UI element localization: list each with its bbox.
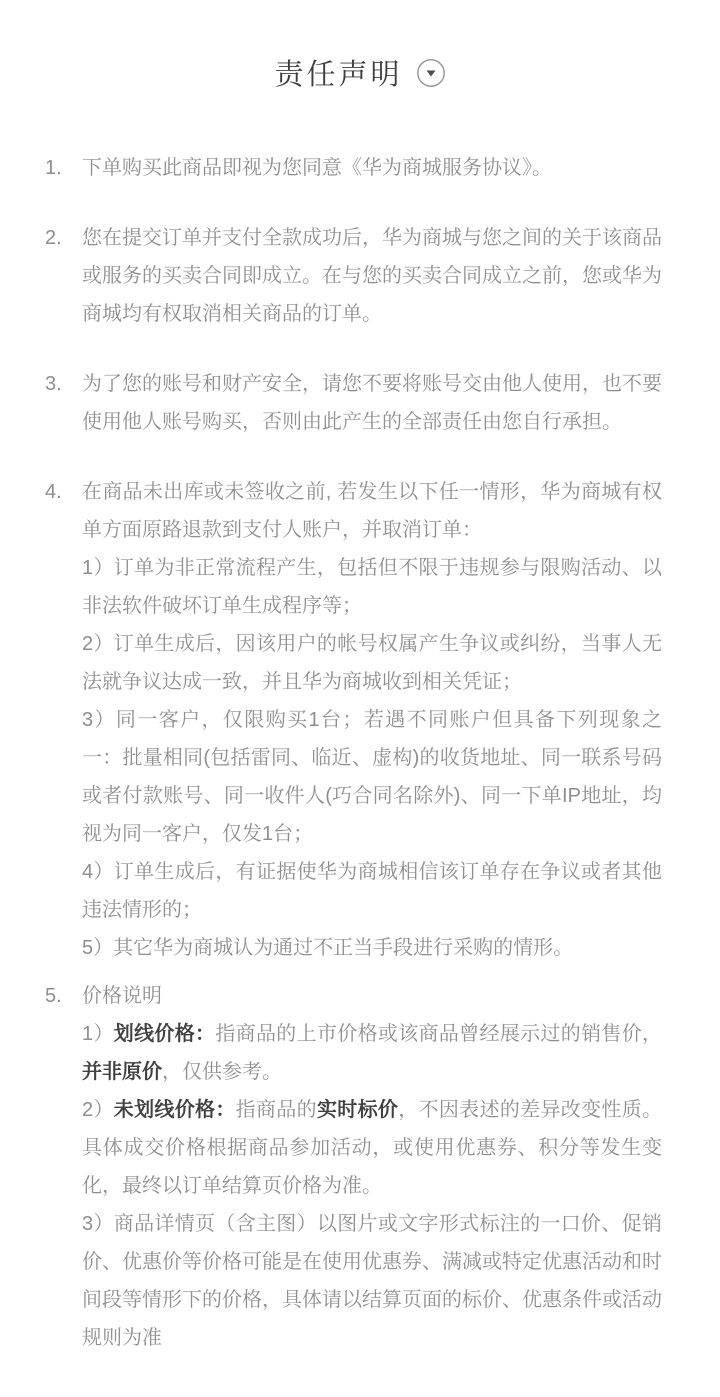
item-paragraph: 1）订单为非正常流程产生，包括但不限于违规参与限购活动、以非法软件破坏订单生成程…	[82, 549, 662, 625]
list-item: 3.为了您的账号和财产安全，请您不要将账号交由他人使用，也不要使用他人账号购买，…	[45, 365, 662, 441]
text-segment: 3）同一客户，仅限购买1台；若遇不同账户但具备下列现象之一：批量相同(包括雷同、…	[82, 709, 662, 845]
item-number: 1.	[45, 149, 82, 187]
text-segment: 1）订单为非正常流程产生，包括但不限于违规参与限购活动、以非法软件破坏订单生成程…	[82, 557, 662, 617]
item-paragraph: 3）同一客户，仅限购买1台；若遇不同账户但具备下列现象之一：批量相同(包括雷同、…	[82, 701, 662, 853]
text-segment: 在商品未出库或未签收之前, 若发生以下任一情形，华为商城有权单方面原路退款到支付…	[82, 481, 662, 541]
item-paragraph: 为了您的账号和财产安全，请您不要将账号交由他人使用，也不要使用他人账号购买，否则…	[82, 365, 662, 441]
item-paragraph: 1）划线价格：指商品的上市价格或该商品曾经展示过的销售价，并非原价，仅供参考。	[82, 1015, 662, 1091]
list-item: 1.下单购买此商品即视为您同意《华为商城服务协议》。	[45, 149, 662, 187]
text-segment: 2）订单生成后，因该用户的帐号权属产生争议或纠纷，当事人无法就争议达成一致，并且…	[82, 633, 662, 693]
list-item: 5.价格说明1）划线价格：指商品的上市价格或该商品曾经展示过的销售价，并非原价，…	[45, 977, 662, 1357]
text-segment: 价格说明	[82, 985, 162, 1007]
item-paragraph: 5）其它华为商城认为通过不正当手段进行采购的情形。	[82, 929, 662, 967]
item-paragraph: 下单购买此商品即视为您同意《华为商城服务协议》。	[82, 149, 662, 187]
disclaimer-page: 责任声明 1.下单购买此商品即视为您同意《华为商城服务协议》。2.您在提交订单并…	[0, 0, 720, 1397]
item-number: 3.	[45, 365, 82, 441]
item-paragraph: 价格说明	[82, 977, 662, 1015]
header: 责任声明	[0, 0, 720, 93]
list-item: 2.您在提交订单并支付全款成功后，华为商城与您之间的关于该商品或服务的买卖合同即…	[45, 219, 662, 333]
item-paragraph: 2）订单生成后，因该用户的帐号权属产生争议或纠纷，当事人无法就争议达成一致，并且…	[82, 625, 662, 701]
text-segment: 指商品的	[236, 1099, 317, 1121]
text-segment: ，仅供参考。	[162, 1061, 282, 1083]
bold-text-segment: 划线价格：	[114, 1023, 216, 1045]
bold-text-segment: 实时标价	[317, 1099, 398, 1121]
item-paragraph: 在商品未出库或未签收之前, 若发生以下任一情形，华为商城有权单方面原路退款到支付…	[82, 473, 662, 549]
item-paragraph: 2）未划线价格：指商品的实时标价，不因表述的差异改变性质。具体成交价格根据商品参…	[82, 1091, 662, 1205]
chevron-down-circle-icon	[416, 58, 446, 88]
text-segment: 3）商品详情页（含主图）以图片或文字形式标注的一口价、促销价、优惠价等价格可能是…	[82, 1213, 662, 1349]
text-segment: 4）订单生成后，有证据使华为商城相信该订单存在争议或者其他违法情形的；	[82, 861, 662, 921]
bold-text-segment: 未划线价格：	[114, 1099, 236, 1121]
text-segment: 2）	[82, 1099, 114, 1121]
text-segment: 1）	[82, 1023, 114, 1045]
disclaimer-list: 1.下单购买此商品即视为您同意《华为商城服务协议》。2.您在提交订单并支付全款成…	[0, 149, 720, 1357]
text-segment: 您在提交订单并支付全款成功后，华为商城与您之间的关于该商品或服务的买卖合同即成立…	[82, 227, 662, 325]
text-segment: 为了您的账号和财产安全，请您不要将账号交由他人使用，也不要使用他人账号购买，否则…	[82, 373, 662, 433]
item-content: 下单购买此商品即视为您同意《华为商城服务协议》。	[82, 149, 662, 187]
list-item: 4.在商品未出库或未签收之前, 若发生以下任一情形，华为商城有权单方面原路退款到…	[45, 473, 662, 967]
item-paragraph: 3）商品详情页（含主图）以图片或文字形式标注的一口价、促销价、优惠价等价格可能是…	[82, 1205, 662, 1357]
item-number: 5.	[45, 977, 82, 1357]
item-paragraph: 4）订单生成后，有证据使华为商城相信该订单存在争议或者其他违法情形的；	[82, 853, 662, 929]
item-paragraph: 您在提交订单并支付全款成功后，华为商城与您之间的关于该商品或服务的买卖合同即成立…	[82, 219, 662, 333]
bold-text-segment: 并非原价	[82, 1061, 162, 1083]
item-content: 您在提交订单并支付全款成功后，华为商城与您之间的关于该商品或服务的买卖合同即成立…	[82, 219, 662, 333]
text-segment: 指商品的上市价格或该商品曾经展示过的销售价，	[215, 1023, 662, 1045]
collapse-section-button[interactable]	[416, 58, 446, 88]
item-number: 4.	[45, 473, 82, 967]
item-number: 2.	[45, 219, 82, 333]
page-title: 责任声明	[274, 52, 402, 93]
text-segment: 5）其它华为商城认为通过不正当手段进行采购的情形。	[82, 937, 573, 959]
item-content: 在商品未出库或未签收之前, 若发生以下任一情形，华为商城有权单方面原路退款到支付…	[82, 473, 662, 967]
text-segment: 下单购买此商品即视为您同意《华为商城服务协议》。	[82, 157, 552, 179]
item-content: 为了您的账号和财产安全，请您不要将账号交由他人使用，也不要使用他人账号购买，否则…	[82, 365, 662, 441]
item-content: 价格说明1）划线价格：指商品的上市价格或该商品曾经展示过的销售价，并非原价，仅供…	[82, 977, 662, 1357]
